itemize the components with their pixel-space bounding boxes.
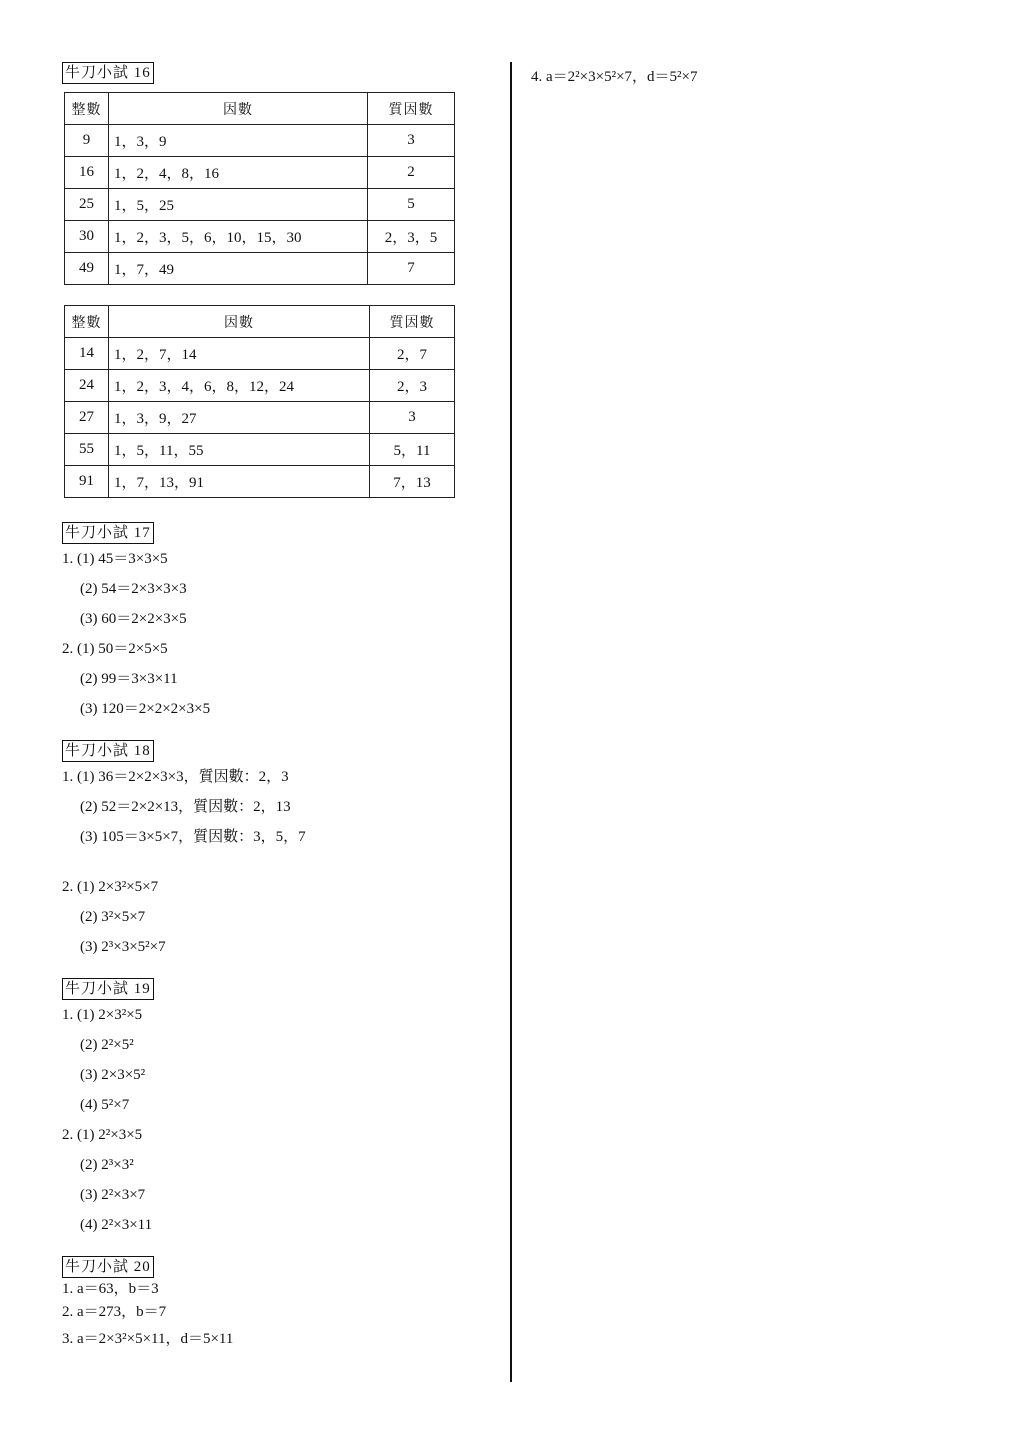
answer-line: 1. (1) 2×3²×5: [62, 1000, 482, 1030]
header-integer: 整數: [65, 306, 109, 338]
cell-primes: 7，13: [370, 466, 455, 498]
cell-primes: 5: [368, 189, 455, 221]
answer-line: 2. a＝273，b＝7: [62, 1301, 482, 1324]
section-20: 牛刀小試 20 1. a＝63，b＝3 2. a＝273，b＝7 3. a＝2×…: [62, 1256, 482, 1354]
table-row: 27 1，3，9，27 3: [65, 402, 455, 434]
factor-table-1: 整數 因數 質因數 9 1，3，9 3 16 1，2，4，8，16 2 25 1…: [64, 92, 455, 285]
cell-integer: 27: [65, 402, 109, 434]
table-row: 91 1，7，13，91 7，13: [65, 466, 455, 498]
answer-line: 2. (1) 50＝2×5×5: [62, 634, 482, 664]
answer-line: (3) 105＝3×5×7，質因數：3，5，7: [62, 822, 482, 852]
column-divider: [510, 62, 512, 1382]
cell-integer: 9: [65, 125, 109, 157]
table-row: 14 1，2，7，14 2，7: [65, 338, 455, 370]
answer-line: 3. a＝2×3²×5×11，d＝5×11: [62, 1324, 482, 1354]
section-19: 牛刀小試 19 1. (1) 2×3²×5 (2) 2²×5² (3) 2×3×…: [62, 978, 482, 1240]
section-title: 牛刀小試 18: [62, 740, 154, 762]
cell-primes: 3: [370, 402, 455, 434]
answer-line: 1. a＝63，b＝3: [62, 1278, 482, 1301]
cell-factors: 1，2，3，4，6，8，12，24: [109, 370, 370, 402]
answer-line: (3) 60＝2×2×3×5: [62, 604, 482, 634]
answer-line: (3) 2³×3×5²×7: [62, 932, 482, 962]
table-header-row: 整數 因數 質因數: [65, 93, 455, 125]
header-prime-factors: 質因數: [370, 306, 455, 338]
section-title: 牛刀小試 17: [62, 522, 154, 544]
cell-integer: 55: [65, 434, 109, 466]
answer-line: 2. (1) 2²×3×5: [62, 1120, 482, 1150]
cell-primes: 2，7: [370, 338, 455, 370]
answer-line: 2. (1) 2×3²×5×7: [62, 872, 482, 902]
cell-factors: 1，7，13，91: [109, 466, 370, 498]
cell-factors: 1，5，11，55: [109, 434, 370, 466]
table-row: 55 1，5，11，55 5，11: [65, 434, 455, 466]
cell-factors: 1，3，9: [109, 125, 368, 157]
table-row: 25 1，5，25 5: [65, 189, 455, 221]
header-integer: 整數: [65, 93, 109, 125]
table-row: 49 1，7，49 7: [65, 253, 455, 285]
answer-line: (3) 120＝2×2×2×3×5: [62, 694, 482, 724]
answer-line: 1. (1) 45＝3×3×5: [62, 544, 482, 574]
cell-primes: 2，3: [370, 370, 455, 402]
header-factors: 因數: [109, 93, 368, 125]
cell-integer: 14: [65, 338, 109, 370]
left-column: 牛刀小試 16 整數 因數 質因數 9 1，3，9 3 16 1，2，4，8，1…: [62, 62, 482, 1354]
cell-factors: 1，2，3，5，6，10，15，30: [109, 221, 368, 253]
table-row: 30 1，2，3，5，6，10，15，30 2，3，5: [65, 221, 455, 253]
answer-line: (4) 5²×7: [62, 1090, 482, 1120]
table-row: 24 1，2，3，4，6，8，12，24 2，3: [65, 370, 455, 402]
answer-line: (2) 54＝2×3×3×3: [62, 574, 482, 604]
answer-line: 4. a＝2²×3×5²×7，d＝5²×7: [531, 66, 971, 89]
table-header-row: 整數 因數 質因數: [65, 306, 455, 338]
cell-integer: 49: [65, 253, 109, 285]
cell-factors: 1，3，9，27: [109, 402, 370, 434]
section-title: 牛刀小試 19: [62, 978, 154, 1000]
cell-integer: 30: [65, 221, 109, 253]
cell-primes: 2: [368, 157, 455, 189]
answer-line: (2) 52＝2×2×13，質因數：2，13: [62, 792, 482, 822]
cell-primes: 2，3，5: [368, 221, 455, 253]
answer-line: (3) 2×3×5²: [62, 1060, 482, 1090]
cell-integer: 24: [65, 370, 109, 402]
cell-factors: 1，2，7，14: [109, 338, 370, 370]
right-column: 4. a＝2²×3×5²×7，d＝5²×7: [531, 66, 971, 89]
answer-line: (3) 2²×3×7: [62, 1180, 482, 1210]
cell-factors: 1，7，49: [109, 253, 368, 285]
answer-line: (2) 99＝3×3×11: [62, 664, 482, 694]
section-17: 牛刀小試 17 1. (1) 45＝3×3×5 (2) 54＝2×3×3×3 (…: [62, 522, 482, 724]
header-prime-factors: 質因數: [368, 93, 455, 125]
section-title: 牛刀小試 20: [62, 1256, 154, 1278]
factor-table-2: 整數 因數 質因數 14 1，2，7，14 2，7 24 1，2，3，4，6，8…: [64, 305, 455, 498]
cell-primes: 3: [368, 125, 455, 157]
cell-primes: 7: [368, 253, 455, 285]
cell-factors: 1，2，4，8，16: [109, 157, 368, 189]
cell-integer: 16: [65, 157, 109, 189]
answer-line: (4) 2²×3×11: [62, 1210, 482, 1240]
section-18: 牛刀小試 18 1. (1) 36＝2×2×3×3，質因數：2，3 (2) 52…: [62, 740, 482, 962]
answer-line: (2) 3²×5×7: [62, 902, 482, 932]
cell-integer: 91: [65, 466, 109, 498]
table-row: 16 1，2，4，8，16 2: [65, 157, 455, 189]
answer-line: (2) 2³×3²: [62, 1150, 482, 1180]
cell-factors: 1，5，25: [109, 189, 368, 221]
section-16: 牛刀小試 16 整數 因數 質因數 9 1，3，9 3 16 1，2，4，8，1…: [62, 62, 482, 498]
table-row: 9 1，3，9 3: [65, 125, 455, 157]
cell-integer: 25: [65, 189, 109, 221]
answer-line: (2) 2²×5²: [62, 1030, 482, 1060]
section-title: 牛刀小試 16: [62, 62, 154, 84]
answer-line: 1. (1) 36＝2×2×3×3，質因數：2，3: [62, 762, 482, 792]
cell-primes: 5，11: [370, 434, 455, 466]
header-factors: 因數: [109, 306, 370, 338]
